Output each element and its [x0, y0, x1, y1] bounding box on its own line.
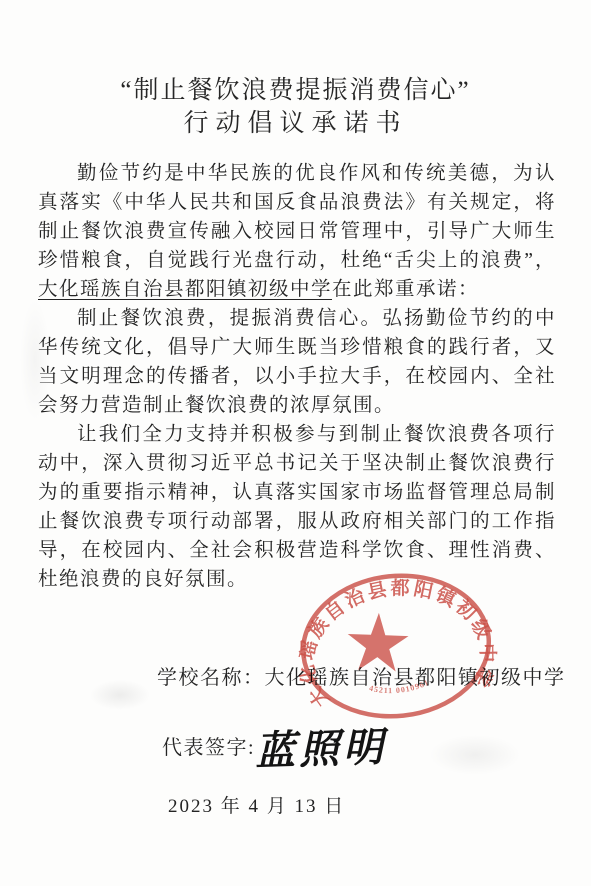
document-title-line-1: “制止餐饮浪费提振消费信心” [0, 70, 591, 106]
document-date: 2023 年 4 月 13 日 [168, 791, 345, 818]
paragraph-1-closing: 在此郑重承诺： [332, 279, 479, 300]
document-title-line-2: 行动倡议承诺书 [0, 103, 591, 139]
scan-smudge [90, 680, 150, 710]
paragraph-2: 制止餐饮浪费，提振消费信心。弘扬勤俭节约的中华传统文化，倡导广大师生既当珍惜粮食… [38, 304, 556, 420]
school-name-label: 学校名称： [157, 667, 265, 689]
representative-signature-line: 代表签字:蓝照明 [162, 729, 387, 769]
paragraph-1-text: 勤俭节约是中华民族的优良作风和传统美德，为认真落实《中华人民共和国反食品浪费法》… [38, 163, 556, 271]
paragraph-1: 勤俭节约是中华民族的优良作风和传统美德，为认真落实《中华人民共和国反食品浪费法》… [38, 159, 556, 304]
paragraph-3: 让我们全力支持并积极参与到制止餐饮浪费各项行动中，深入贯彻习近平总书记关于坚决制… [38, 420, 556, 594]
document-body: 勤俭节约是中华民族的优良作风和传统美德，为认真落实《中华人民共和国反食品浪费法》… [38, 159, 556, 594]
handwritten-signature: 蓝照明 [254, 727, 387, 772]
scan-smudge [430, 735, 520, 775]
school-name-line: 学校名称：大化瑶族自治县都阳镇初级中学 [157, 661, 566, 690]
document-page: “制止餐饮浪费提振消费信心” 行动倡议承诺书 勤俭节约是中华民族的优良作风和传统… [0, 0, 591, 886]
representative-label: 代表签字: [162, 737, 255, 759]
school-name-value: 大化瑶族自治县都阳镇初级中学 [265, 667, 566, 689]
underlined-school-name: 大化瑶族自治县都阳镇初级中学 [38, 279, 332, 300]
